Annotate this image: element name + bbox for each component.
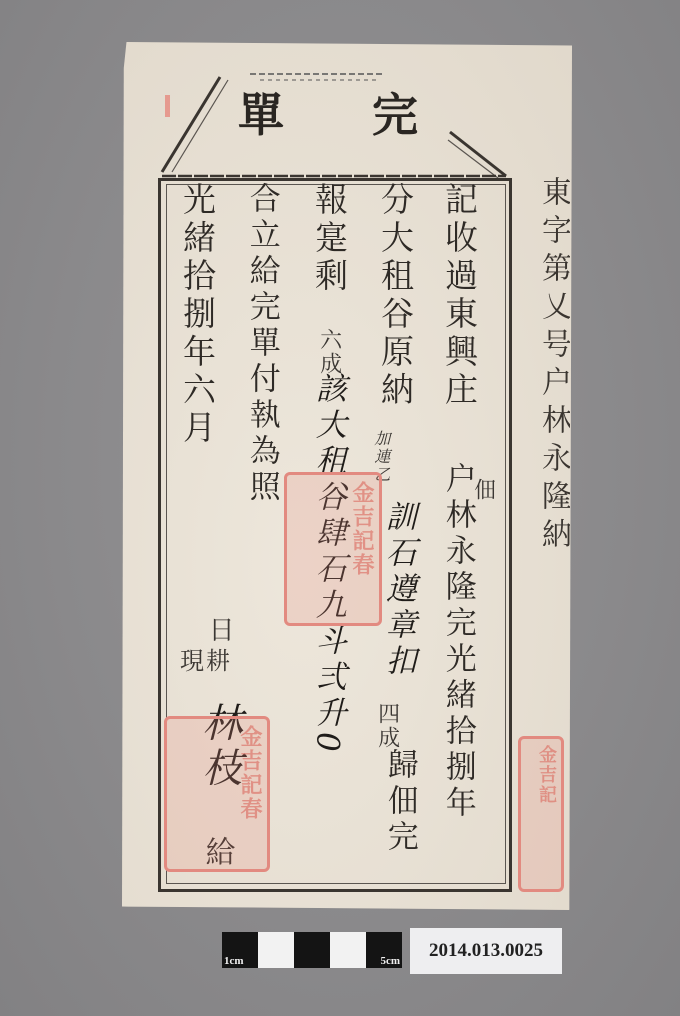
text-column-2-end: 歸佃完 — [382, 748, 417, 856]
current-cultivator-label: 現耕 — [180, 648, 232, 675]
accession-number: 2014.013.0025 — [429, 940, 543, 962]
text-column-4: 合立給完單付執為照 — [244, 182, 279, 506]
seal-right-edge: 金吉記 — [518, 736, 564, 892]
annotation-forty-percent: 四成 — [374, 702, 399, 750]
header-pediment — [150, 72, 520, 182]
scale-segment: 5cm — [366, 932, 402, 968]
scale-label-end: 5cm — [380, 955, 400, 967]
seal-center-text: 金吉記春 — [293, 481, 373, 617]
text-column-2: 分大租谷原納 — [376, 182, 413, 410]
scale-segment — [294, 932, 330, 968]
edge-serial-column: 東字第乂号户林永隆納 — [536, 176, 570, 556]
seal-right-edge-text: 金吉記 — [527, 745, 555, 883]
date-column: 光緒拾捌年六月 — [178, 182, 215, 448]
seal-bottom-left-text: 金吉記春 — [173, 725, 261, 863]
annotation-sixty-percent: 六成 — [316, 328, 341, 376]
scale-bar: 1cm 5cm — [222, 932, 402, 968]
seal-bottom-left: 金吉記春 — [164, 716, 270, 872]
text-column-3: 報寔剩 — [310, 182, 347, 296]
accession-number-label: 2014.013.0025 — [410, 928, 562, 974]
scale-segment — [258, 932, 294, 968]
seal-center: 金吉記春 — [284, 472, 382, 626]
scale-label-start: 1cm — [224, 955, 244, 967]
scale-segment: 1cm — [222, 932, 258, 968]
text-column-1: 記收過東興庄 — [440, 182, 477, 410]
text-column-1-continued: 户林永隆完光緒拾捌年 — [440, 462, 475, 822]
text-column-2-handwritten: 訓石遵章扣 — [380, 500, 415, 680]
title-char-dan: 單 — [238, 92, 284, 138]
title-char-wan: 完 — [372, 92, 418, 138]
day-char: 日 — [204, 616, 233, 644]
scale-segment — [330, 932, 366, 968]
